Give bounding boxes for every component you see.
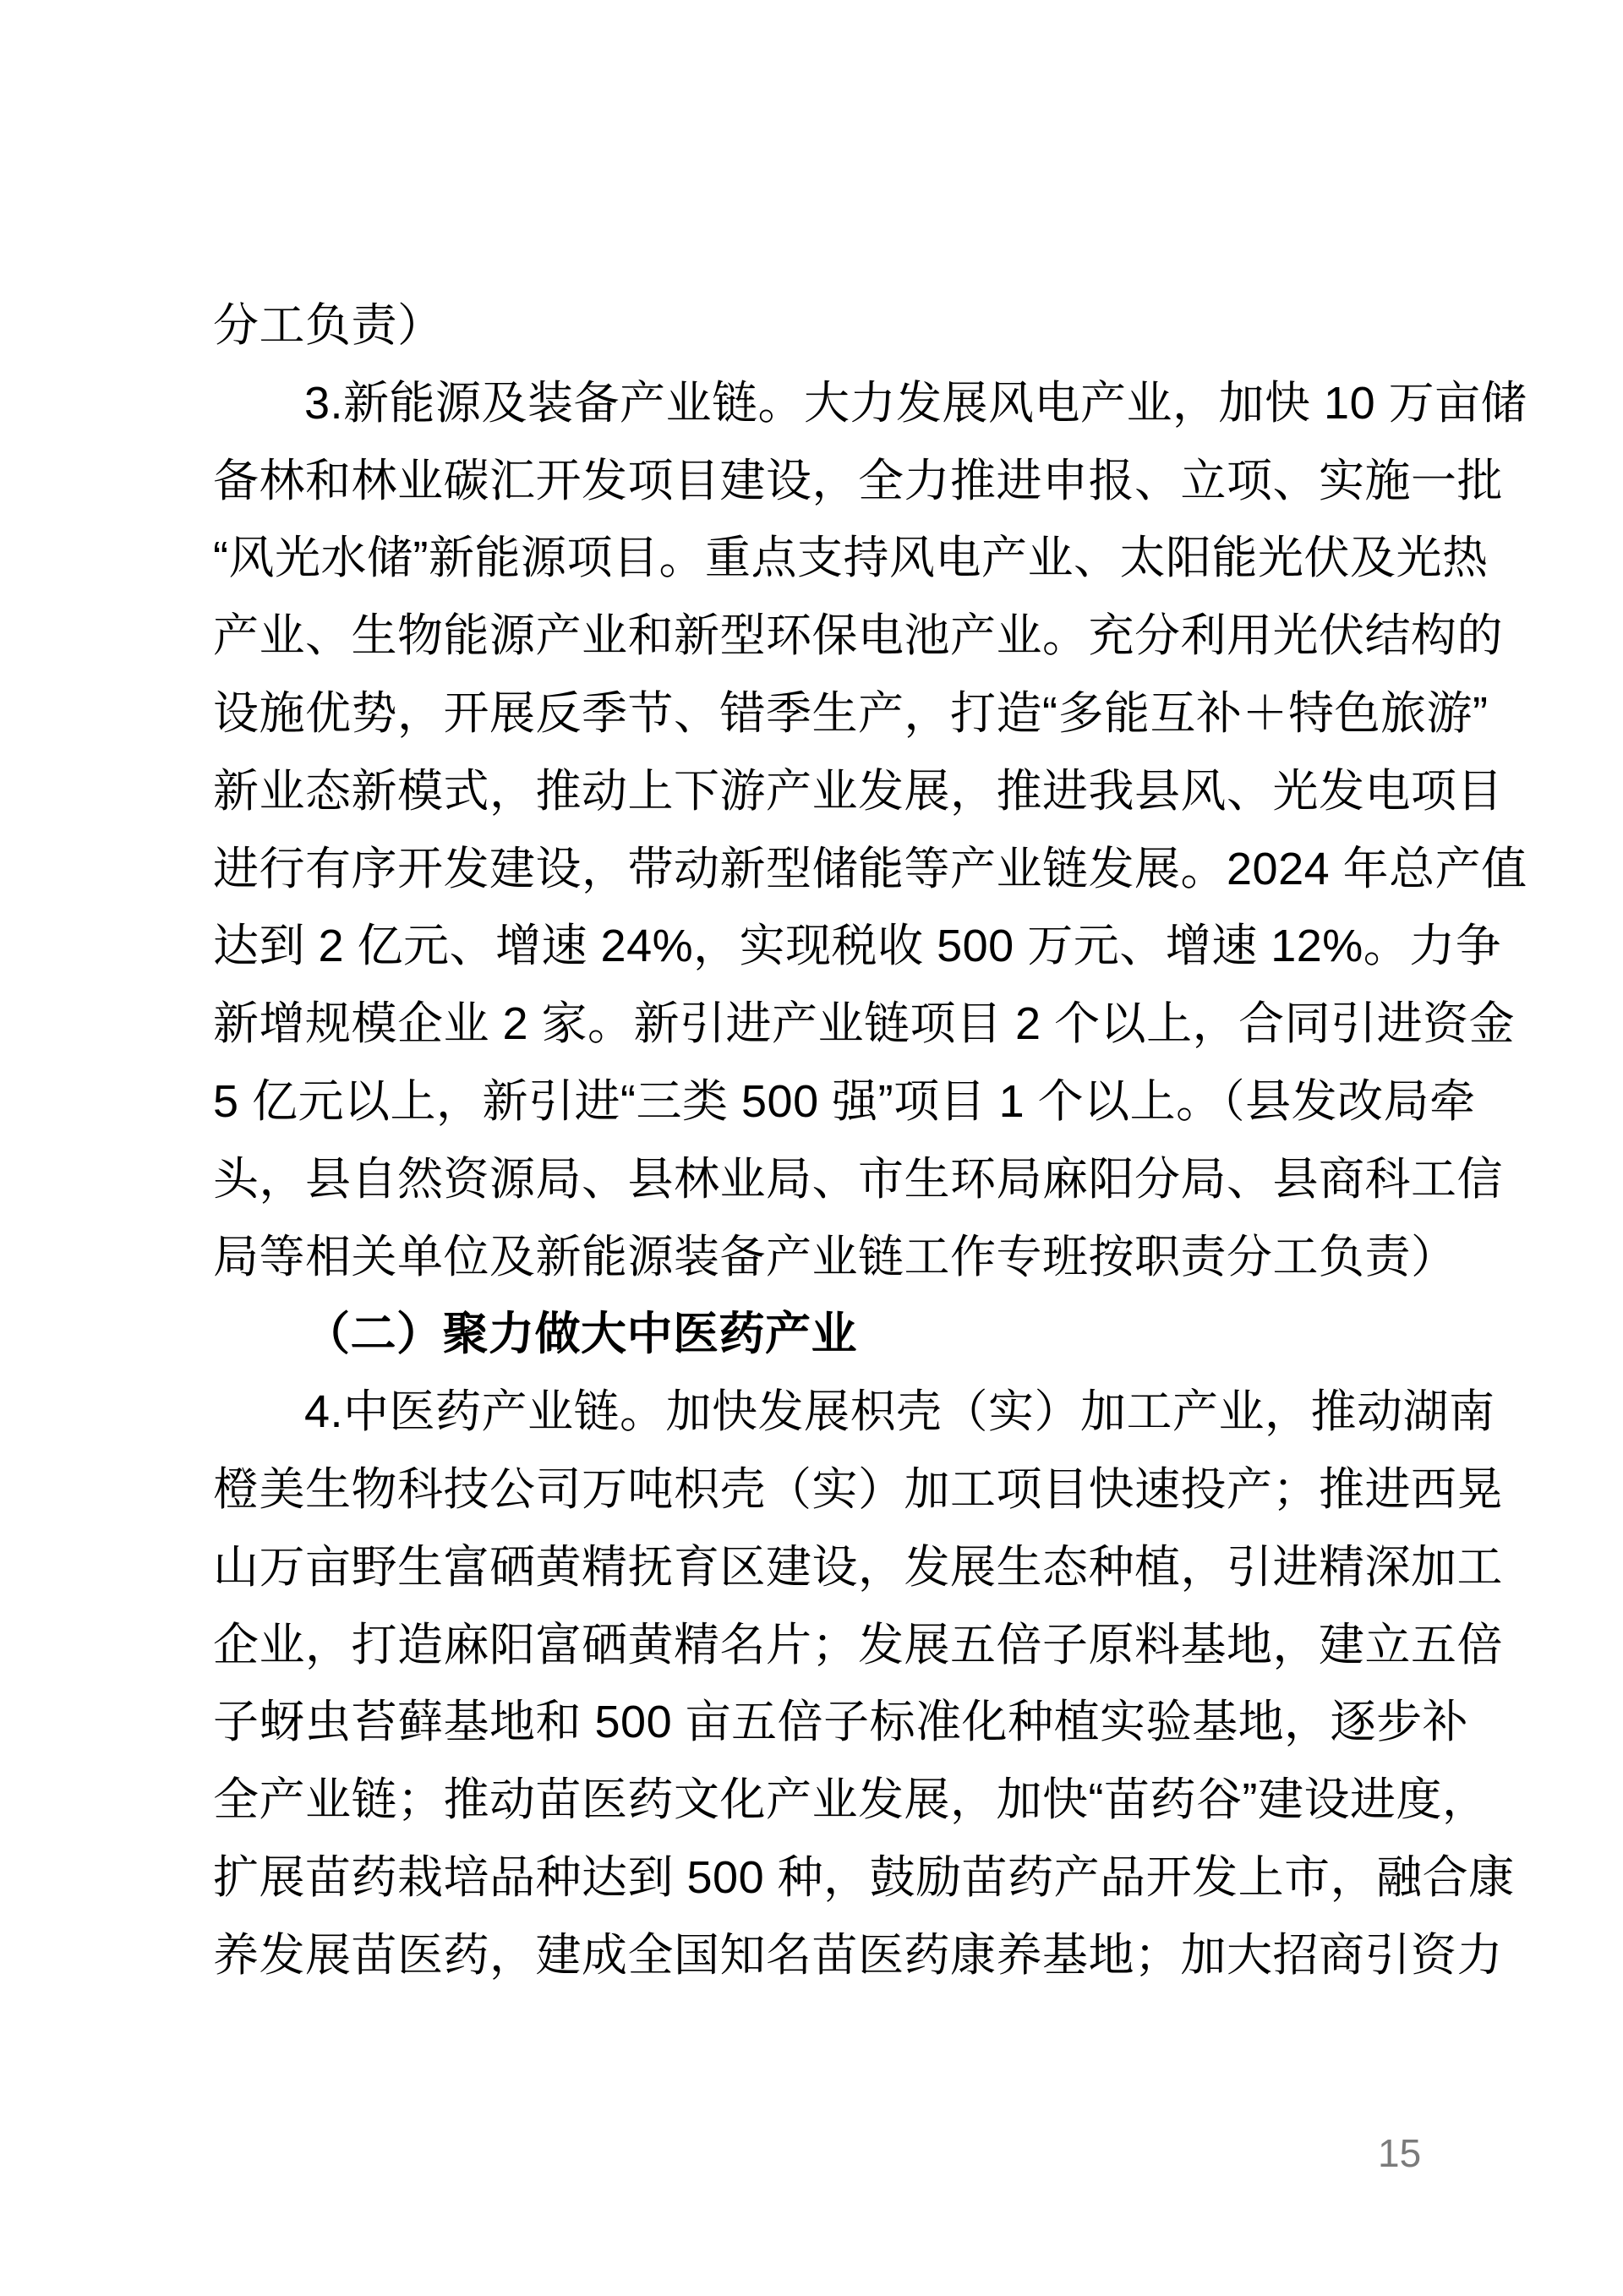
text-line: 新业态新模式，推动上下游产业发展，推进我县风、光发电项目	[213, 753, 1447, 831]
text-line: 产业、生物能源产业和新型环保电池产业。充分利用光伏结构的	[213, 598, 1447, 675]
text-line: 橙美生物科技公司万吨枳壳（实）加工项目快速投产；推进西晃	[213, 1451, 1447, 1529]
text-line: 山万亩野生富硒黄精抚育区建设，发展生态种植，引进精深加工	[213, 1529, 1447, 1607]
text-line: 局等相关单位及新能源装备产业链工作专班按职责分工负责）	[213, 1219, 1447, 1297]
text-line: 全产业链；推动苗医药文化产业发展，加快“苗药谷”建设进度，	[213, 1762, 1447, 1840]
document-body: 分工负责）3.新能源及装备产业链。大力发展风电产业，加快 10 万亩储备林和林业…	[213, 287, 1447, 1995]
text-line: 分工负责）	[213, 287, 1447, 365]
text-line: 扩展苗药栽培品种达到 500 种，鼓励苗药产品开发上市，融合康	[213, 1840, 1447, 1917]
text-line: 备林和林业碳汇开发项目建设，全力推进申报、立项、实施一批	[213, 443, 1447, 521]
text-line: 企业，打造麻阳富硒黄精名片；发展五倍子原料基地，建立五倍	[213, 1607, 1447, 1685]
text-line: 设施优势，开展反季节、错季生产，打造“多能互补＋特色旅游”	[213, 675, 1447, 753]
text-line: 子蚜虫苔藓基地和 500 亩五倍子标准化种植实验基地，逐步补	[213, 1684, 1447, 1762]
text-line: （二）聚力做大中医药产业	[213, 1296, 1447, 1374]
page-number: 15	[1378, 2134, 1421, 2173]
text-line: 养发展苗医药，建成全国知名苗医药康养基地；加大招商引资力	[213, 1917, 1447, 1995]
text-line: 新增规模企业 2 家。新引进产业链项目 2 个以上，合同引进资金	[213, 986, 1447, 1063]
text-line: 达到 2 亿元、增速 24%，实现税收 500 万元、增速 12%。力争	[213, 908, 1447, 986]
text-line: 3.新能源及装备产业链。大力发展风电产业，加快 10 万亩储	[213, 365, 1447, 443]
text-line: 5 亿元以上，新引进“三类 500 强”项目 1 个以上。（县发改局牵	[213, 1063, 1447, 1141]
text-line: 4.中医药产业链。加快发展枳壳（实）加工产业，推动湖南	[213, 1374, 1447, 1451]
text-line: “风光水储”新能源项目。重点支持风电产业、太阳能光伏及光热	[213, 520, 1447, 598]
text-line: 头，县自然资源局、县林业局、市生环局麻阳分局、县商科工信	[213, 1141, 1447, 1219]
text-line: 进行有序开发建设，带动新型储能等产业链发展。2024 年总产值	[213, 831, 1447, 909]
document-page: 分工负责）3.新能源及装备产业链。大力发展风电产业，加快 10 万亩储备林和林业…	[0, 0, 1623, 2296]
